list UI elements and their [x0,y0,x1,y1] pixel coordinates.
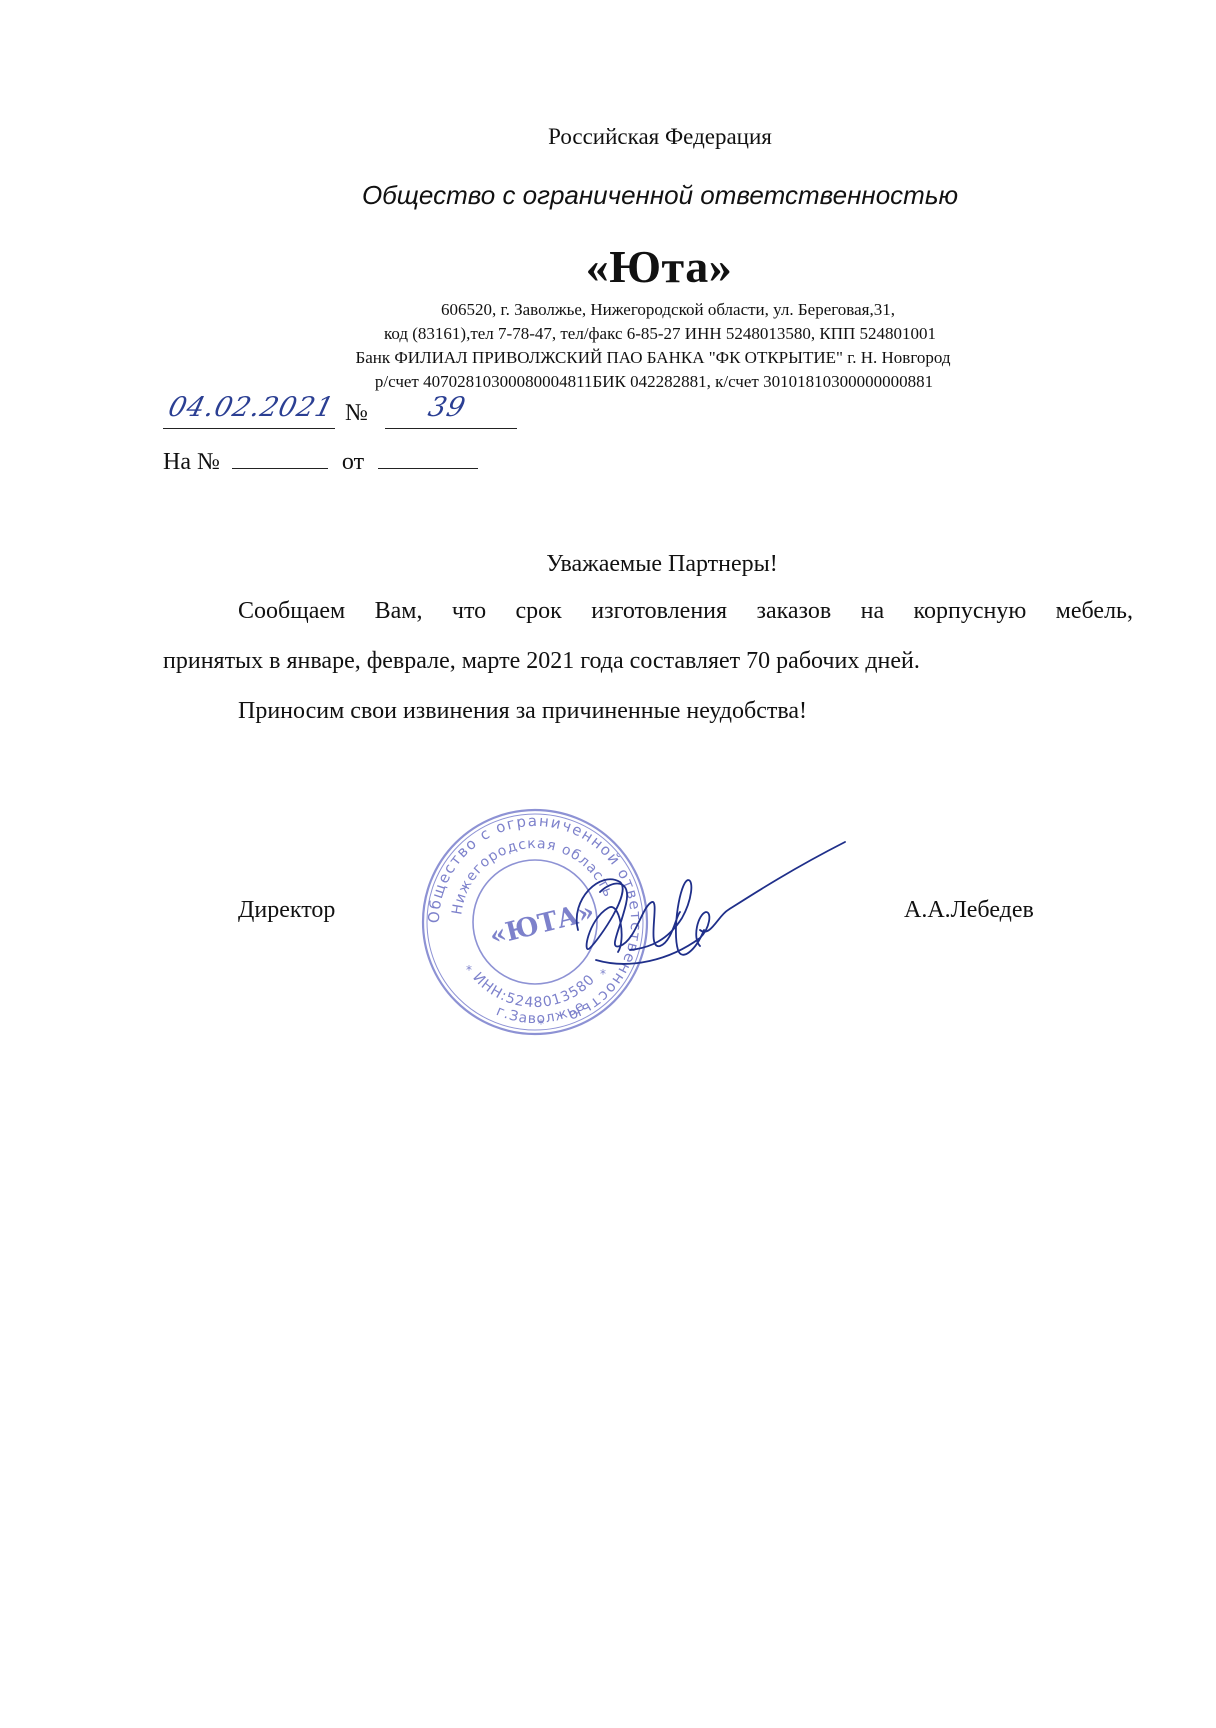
paragraph-2: Приносим свои извинения за причиненные н… [238,698,1208,725]
requisites-address: 606520, г. Заволжье, Нижегородской облас… [0,298,1216,322]
paragraph-1-line-1: Сообщаем Вам, что срок изготовления зака… [238,598,1133,625]
org-form-heading: Общество с ограниченной ответственностью [0,180,1216,211]
number-sign: № [345,400,368,427]
reference-date-blank [378,446,478,469]
handwritten-signature [560,820,850,990]
company-name: «Юта» [0,240,1216,293]
reference-row: На № от [163,446,478,476]
reference-from-label: от [342,449,364,475]
signer-position: Директор [238,897,335,924]
outgoing-number-field: 39 [385,392,517,429]
svg-text:*: * [538,1017,544,1031]
svg-text:*: * [466,963,472,977]
greeting: Уважаемые Партнеры! [0,551,1216,578]
reference-number-blank [232,446,328,469]
country-heading: Российская Федерация [0,124,1216,150]
signer-name: А.А.Лебедев [904,897,1034,924]
paragraph-1-line-2: принятых в январе, феврале, марте 2021 г… [163,648,1133,675]
requisites-phones-tax: код (83161),тел 7-78-47, тел/факс 6-85-2… [0,322,1216,346]
handwritten-number: 39 [425,392,469,423]
reference-prefix: На № [163,449,220,475]
outgoing-date-field: 04.02.2021 [163,392,335,429]
handwritten-date: 04.02.2021 [165,392,337,423]
requisites-accounts: р/счет 40702810300080004811БИК 042282881… [0,370,1216,394]
requisites-bank: Банк ФИЛИАЛ ПРИВОЛЖСКИЙ ПАО БАНКА "ФК ОТ… [0,346,1216,370]
